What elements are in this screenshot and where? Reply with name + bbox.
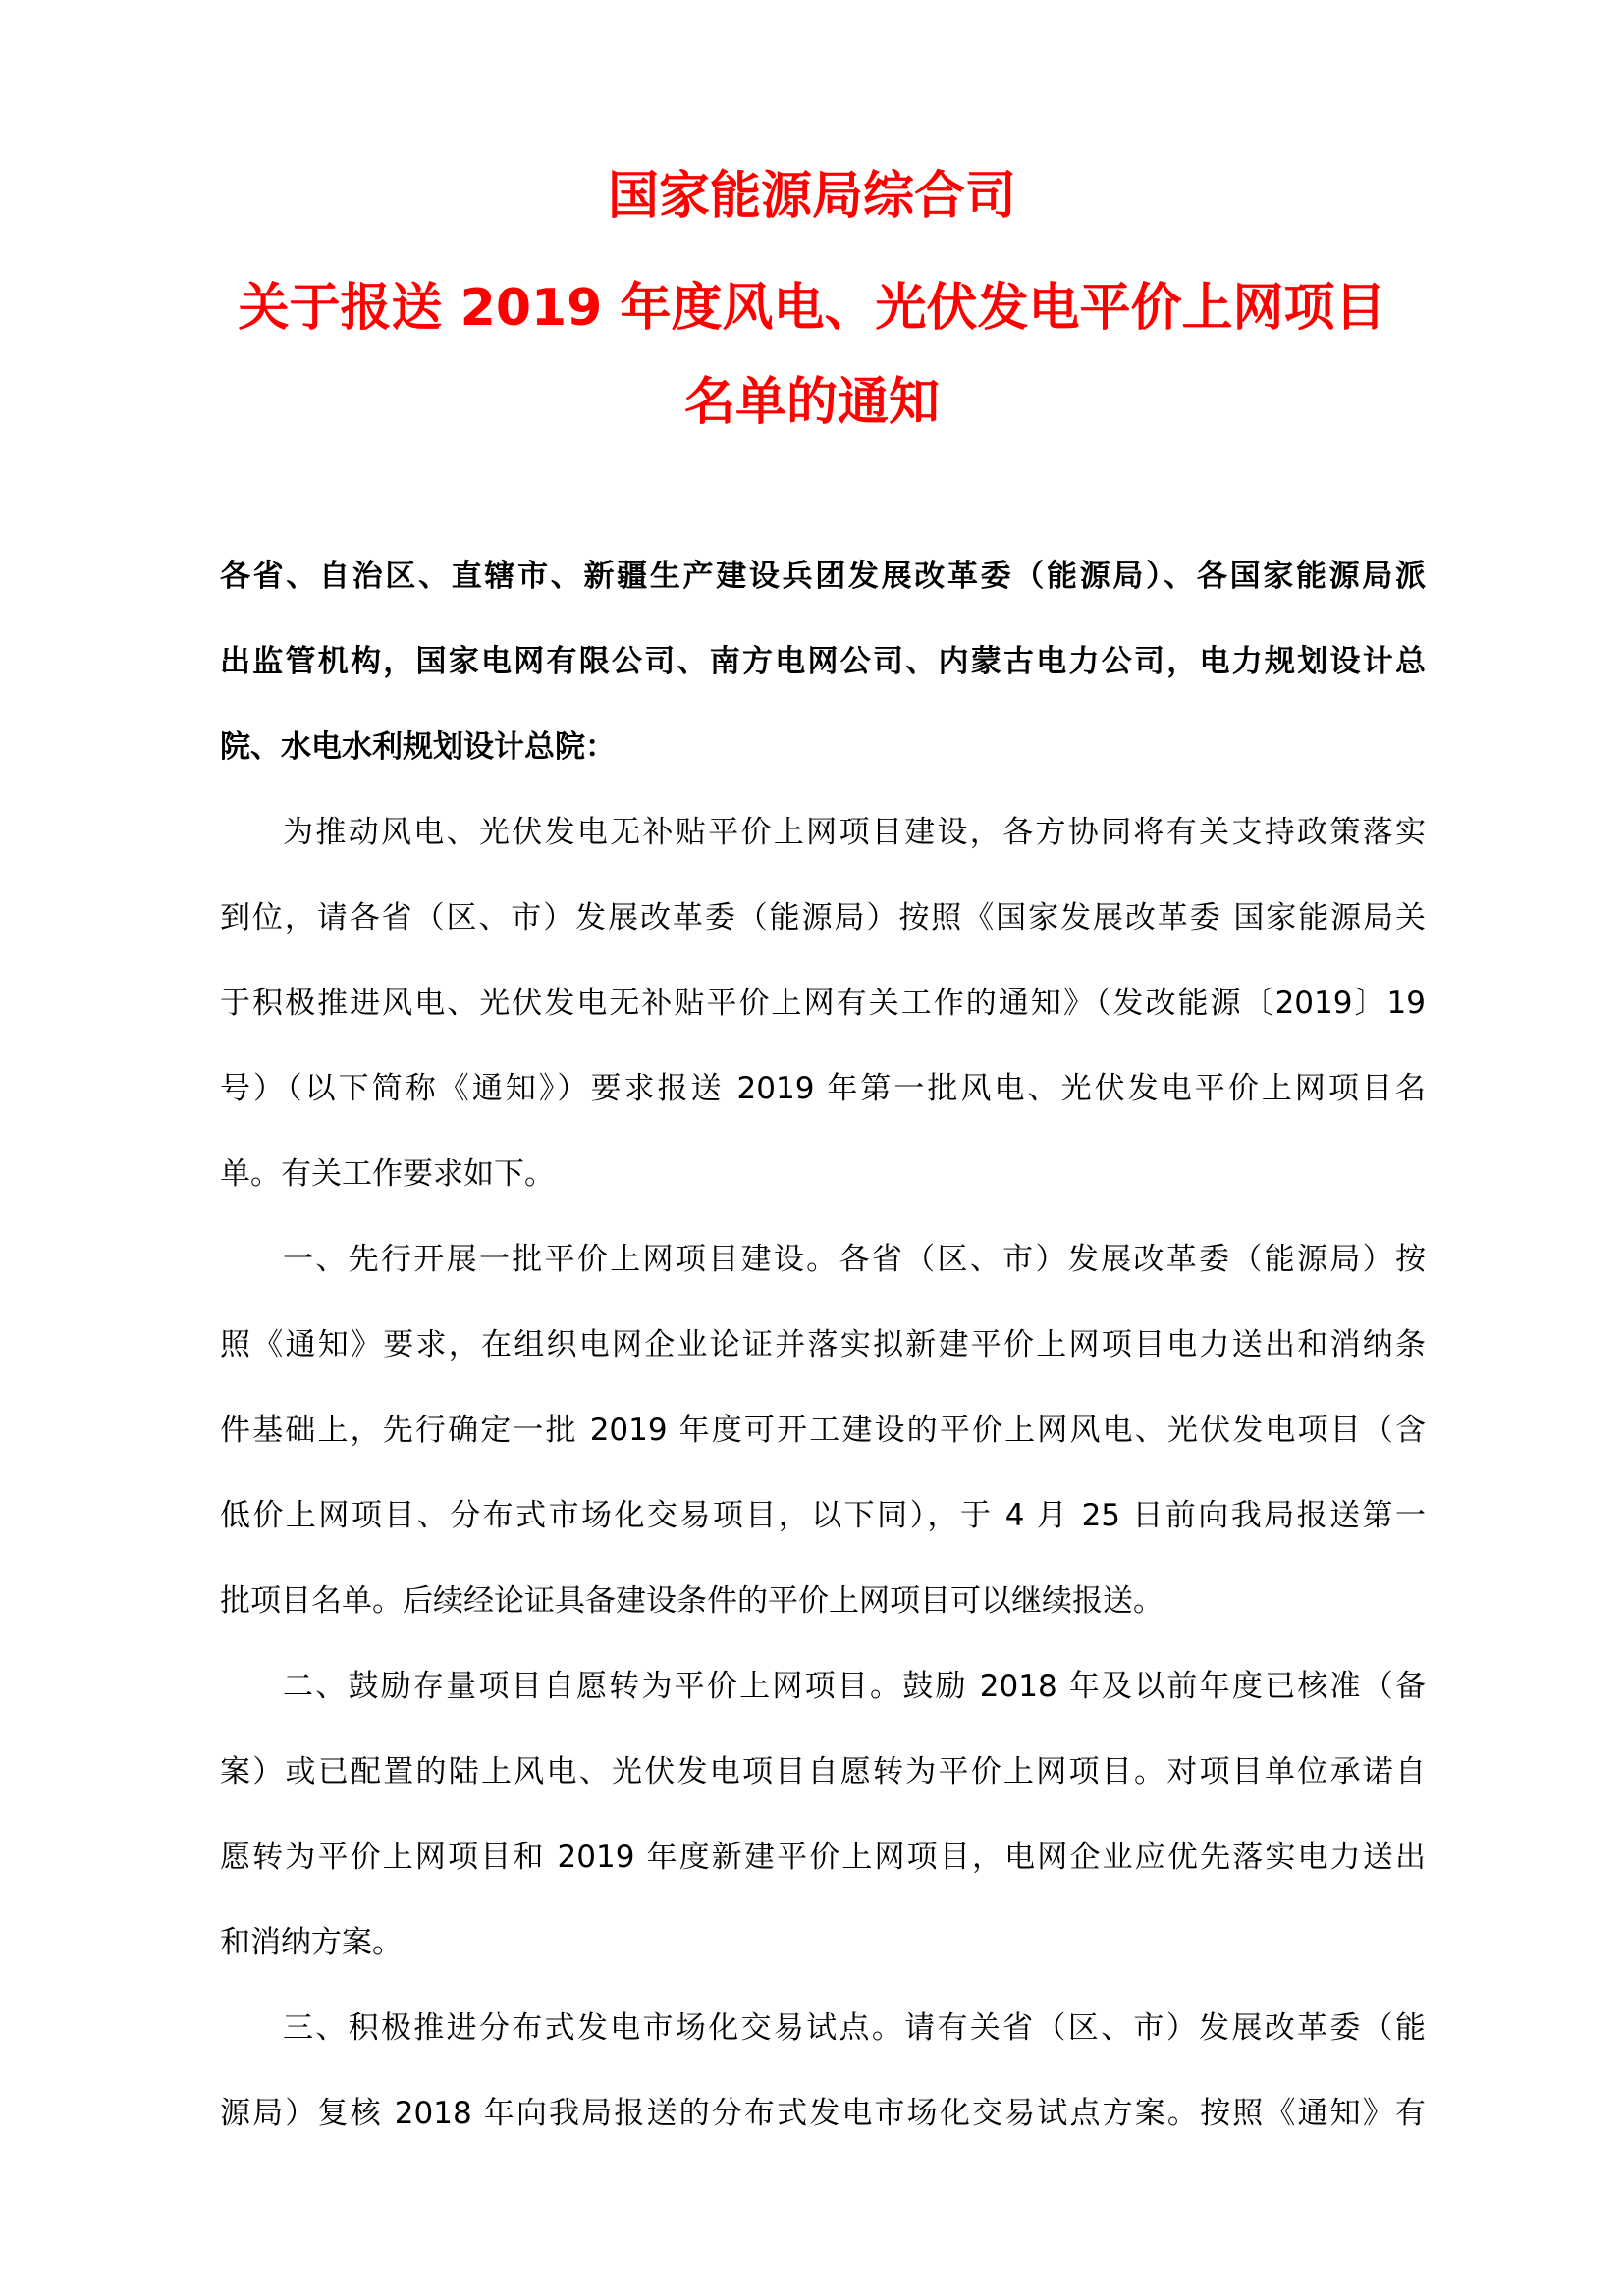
paragraph-item-1-line: 批项目名单。后续经论证具备建设条件的平价上网项目可以继续报送。 <box>220 1581 1426 1621</box>
issuer-title: 国家能源局综合司 <box>0 167 1624 226</box>
paragraph-item-2-line: 二、鼓励存量项目自愿转为平价上网项目。鼓励 2018 年及以前年度已核准（备 <box>283 1667 1426 1706</box>
paragraph-item-1-line: 一、先行开展一批平价上网项目建设。各省（区、市）发展改革委（能源局）按 <box>283 1240 1426 1279</box>
paragraph-intro-line: 为推动风电、光伏发电无补贴平价上网项目建设，各方协同将有关支持政策落实 <box>283 813 1426 852</box>
paragraph-intro-line: 于积极推进风电、光伏发电无补贴平价上网有关工作的通知》（发改能源〔2019〕19 <box>220 984 1426 1023</box>
addressee-line: 院、水电水利规划设计总院： <box>220 727 1426 767</box>
paragraph-item-1-line: 件基础上，先行确定一批 2019 年度可开工建设的平价上网风电、光伏发电项目（含 <box>220 1411 1426 1450</box>
paragraph-item-1-line: 照《通知》要求，在组织电网企业论证并落实拟新建平价上网项目电力送出和消纳条 <box>220 1325 1426 1364</box>
addressee-line: 出监管机构，国家电网有限公司、南方电网公司、内蒙古电力公司，电力规划设计总 <box>220 642 1426 681</box>
notice-title-line-2: 名单的通知 <box>0 373 1624 432</box>
paragraph-item-2-line: 案）或已配置的陆上风电、光伏发电项目自愿转为平价上网项目。对项目单位承诺自 <box>220 1752 1426 1791</box>
paragraph-item-3-line: 源局）复核 2018 年向我局报送的分布式发电市场化交易试点方案。按照《通知》有 <box>220 2094 1426 2133</box>
document-page: 国家能源局综合司 关于报送 2019 年度风电、光伏发电平价上网项目 名单的通知… <box>0 0 1624 2296</box>
paragraph-intro-line: 到位，请各省（区、市）发展改革委（能源局）按照《国家发展改革委 国家能源局关 <box>220 898 1426 937</box>
notice-title-line-1: 关于报送 2019 年度风电、光伏发电平价上网项目 <box>0 279 1624 338</box>
addressee-line: 各省、自治区、直辖市、新疆生产建设兵团发展改革委（能源局）、各国家能源局派 <box>220 557 1426 596</box>
paragraph-item-2-line: 愿转为平价上网项目和 2019 年度新建平价上网项目，电网企业应优先落实电力送出 <box>220 1838 1426 1877</box>
paragraph-intro-line: 号）（以下简称《通知》）要求报送 2019 年第一批风电、光伏发电平价上网项目名 <box>220 1069 1426 1108</box>
paragraph-item-3-line: 三、积极推进分布式发电市场化交易试点。请有关省（区、市）发展改革委（能 <box>283 2008 1426 2048</box>
paragraph-item-1-line: 低价上网项目、分布式市场化交易项目，以下同），于 4 月 25 日前向我局报送第… <box>220 1496 1426 1535</box>
paragraph-item-2-line: 和消纳方案。 <box>220 1923 1426 1962</box>
paragraph-intro-line: 单。有关工作要求如下。 <box>220 1154 1426 1194</box>
